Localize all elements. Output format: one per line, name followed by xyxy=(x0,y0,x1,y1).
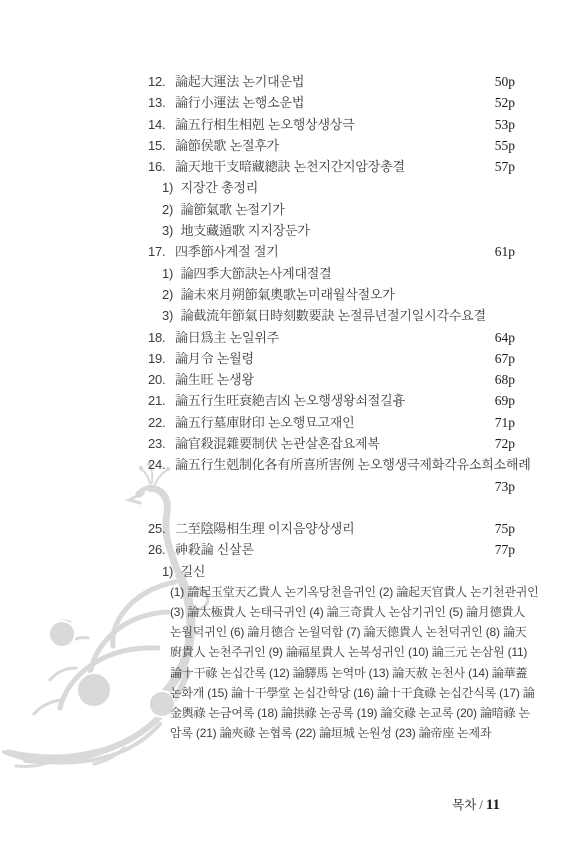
toc-entry-title: 論起大運法 논기대운법 xyxy=(175,71,304,92)
toc-subentry-number: 1) xyxy=(162,180,177,195)
footer-separator: / xyxy=(476,798,485,812)
toc-entry-number: 14. xyxy=(148,114,165,135)
toc-subentry-number: 3) xyxy=(162,308,177,323)
toc-subentry-number: 1) xyxy=(162,564,177,579)
toc-entry-number: 20. xyxy=(148,369,165,390)
toc-entry: 26. 神殺論 신살론 77p xyxy=(148,539,515,560)
toc-entry: 22. 論五行墓庫財印 논오행묘고재인 71p xyxy=(148,412,515,433)
toc-entry: 24. 論五行生剋制化各有所喜所害例 논오행생극제화각유소희소해례 73p xyxy=(148,454,515,497)
toc-entry-page-number: 73p xyxy=(175,476,515,497)
toc-entry: 25. 二至陰陽相生理 이지음양상생리 75p xyxy=(148,518,515,539)
toc-entry-number: 17. xyxy=(148,241,165,262)
toc-entry-title: 論天地干支暗藏總訣 논천지간지암장총결 xyxy=(175,156,405,177)
toc-entry: 19. 論月令 논월령 67p xyxy=(148,348,515,369)
toc-entry-number: 25. xyxy=(148,518,165,539)
toc-entry-title: 論日爲主 논일위주 xyxy=(175,327,279,348)
toc-entry-page-number: 72p xyxy=(495,433,515,454)
toc-entry-title: 論行小運法 논행소운법 xyxy=(175,92,304,113)
toc-entry: 17. 四季節사계절 절기 61p xyxy=(148,241,515,262)
toc-entry-page-number: 69p xyxy=(495,390,515,411)
toc-subentry: 1) 論四季大節訣논사계대절결 xyxy=(148,263,515,284)
toc-entry: 12. 論起大運法 논기대운법 50p xyxy=(148,71,515,92)
toc-entry-title: 論五行相生相剋 논오행상생상극 xyxy=(175,114,355,135)
toc-entry-number: 16. xyxy=(148,156,165,177)
toc-entry: 21. 論五行生旺衰絶吉凶 논오행생왕쇠절길흉 69p xyxy=(148,390,515,411)
toc-entry-title: 論月令 논월령 xyxy=(175,348,254,369)
toc-subentry: 3) 論截流年節氣日時刻數要訣 논절류년절기일시각수요결 xyxy=(148,305,515,326)
toc-subentry: 1) 지장간 총정리 xyxy=(148,177,515,198)
page-footer: 목차/11 xyxy=(452,795,500,814)
toc-entry-page-number: 57p xyxy=(495,156,515,177)
book-toc-page: 12. 論起大運法 논기대운법 50p 13. 論行小運法 논행소운법 52p … xyxy=(0,0,574,850)
toc-entry: 20. 論生旺 논생왕 68p xyxy=(148,369,515,390)
toc-entry-number: 21. xyxy=(148,390,165,411)
toc-entry-page-number: 64p xyxy=(495,327,515,348)
toc-entry: 14. 論五行相生相剋 논오행상생상극 53p xyxy=(148,114,515,135)
toc-entry-page-number: 50p xyxy=(495,71,515,92)
toc-entry-number: 13. xyxy=(148,92,165,113)
toc-subentry-number: 3) xyxy=(162,223,177,238)
toc-subentry-number: 2) xyxy=(162,202,177,217)
toc-entry-title: 論五行生旺衰絶吉凶 논오행생왕쇠절길흉 xyxy=(175,390,405,411)
toc-entry-page-number: 67p xyxy=(495,348,515,369)
toc-entry-number: 19. xyxy=(148,348,165,369)
toc-entry-title: 論節侯歌 논절후가 xyxy=(175,135,279,156)
toc-entry: 15. 論節侯歌 논절후가 55p xyxy=(148,135,515,156)
toc-entry: 13. 論行小運法 논행소운법 52p xyxy=(148,92,515,113)
toc-subentry: 3) 地支藏遁歌 지지장둔가 xyxy=(148,220,515,241)
toc-subentry-number: 1) xyxy=(162,266,177,281)
toc-entry: 18. 論日爲主 논일위주 64p xyxy=(148,327,515,348)
footer-section-label: 목차 xyxy=(452,798,476,812)
toc-subentry: 1) 길신 xyxy=(148,561,515,582)
toc-entry-number: 12. xyxy=(148,71,165,92)
toc-entry-number: 15. xyxy=(148,135,165,156)
toc-subentry-number: 2) xyxy=(162,287,177,302)
toc-entry-page-number: 55p xyxy=(495,135,515,156)
toc-entry-title: 論生旺 논생왕 xyxy=(175,369,254,390)
toc-entry-page-number: 53p xyxy=(495,114,515,135)
toc-entry-title: 論五行墓庫財印 논오행묘고재인 xyxy=(175,412,355,433)
toc-subentry-title: 論未來月朔節氣奧歌논미래월삭절오가 xyxy=(181,287,395,302)
toc-subentry: 2) 論未來月朔節氣奧歌논미래월삭절오가 xyxy=(148,284,515,305)
toc-entry-title: 論五行生剋制化各有所喜所害例 논오행생극제화각유소희소해례 xyxy=(175,454,531,475)
toc-list: 12. 論起大運法 논기대운법 50p 13. 論行小運法 논행소운법 52p … xyxy=(148,71,515,743)
toc-subentry-title: 論節氣歌 논절기가 xyxy=(181,202,285,217)
toc-entry-page-number: 75p xyxy=(495,518,515,539)
toc-entry: 16. 論天地干支暗藏總訣 논천지간지암장총결 57p xyxy=(148,156,515,177)
toc-subentry-title: 길신 xyxy=(181,564,206,579)
toc-entry-title: 論官殺混雜要制伏 논관살혼잡요제복 xyxy=(175,433,380,454)
toc-subentry-title: 論四季大節訣논사계대절결 xyxy=(181,266,332,281)
toc-subentry-title: 地支藏遁歌 지지장둔가 xyxy=(181,223,310,238)
toc-detail-paragraph: (1) 論起玉堂天乙貴人 논기옥당천을귀인 (2) 論起天官貴人 논기천관귀인 … xyxy=(148,582,515,744)
toc-entry: 23. 論官殺混雜要制伏 논관살혼잡요제복 72p xyxy=(148,433,515,454)
toc-entry-number: 23. xyxy=(148,433,165,454)
toc-entry-page-number: 68p xyxy=(495,369,515,390)
toc-entry-number: 26. xyxy=(148,539,165,560)
toc-entry-number: 18. xyxy=(148,327,165,348)
toc-entry-page-number: 52p xyxy=(495,92,515,113)
toc-subentry-title: 論截流年節氣日時刻數要訣 논절류년절기일시각수요결 xyxy=(181,308,486,323)
toc-entry-page-number: 77p xyxy=(495,539,515,560)
toc-entry-page-number: 71p xyxy=(495,412,515,433)
toc-entry-title: 二至陰陽相生理 이지음양상생리 xyxy=(175,518,355,539)
toc-subentry-title: 지장간 총정리 xyxy=(181,180,259,195)
footer-page-number: 11 xyxy=(486,797,500,813)
toc-entry-number: 24. xyxy=(148,454,165,475)
toc-entry-number: 22. xyxy=(148,412,165,433)
toc-entry-title: 神殺論 신살론 xyxy=(175,539,254,560)
toc-subentry: 2) 論節氣歌 논절기가 xyxy=(148,199,515,220)
toc-entry-title: 四季節사계절 절기 xyxy=(175,241,279,262)
toc-entry-page-number: 61p xyxy=(495,241,515,262)
